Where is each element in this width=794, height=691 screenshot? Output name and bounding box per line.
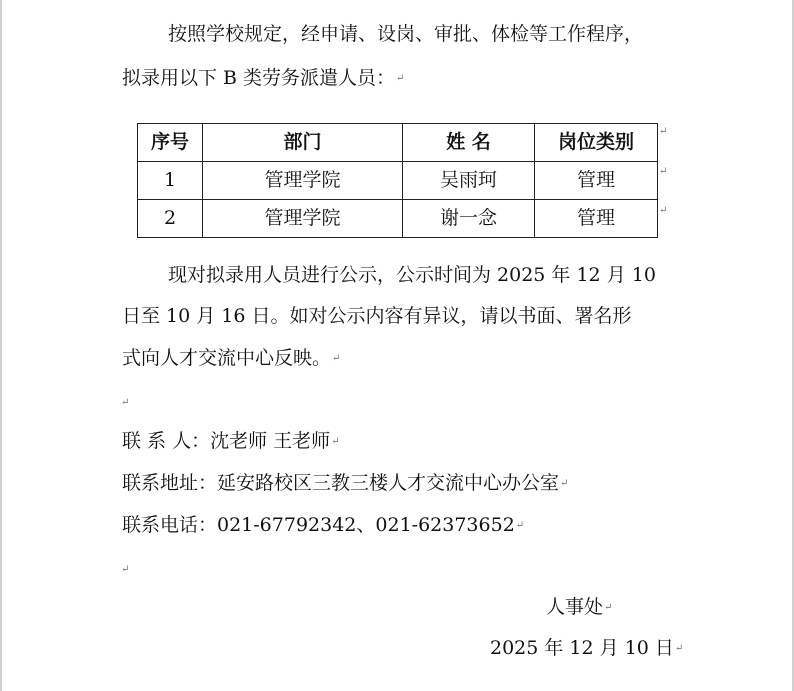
intro-line-1: 按照学校规定，经申请、设岗、审批、体检等工作程序，: [168, 22, 643, 46]
paragraph-mark-icon: ↵: [516, 520, 524, 531]
cell-no: 1: [138, 162, 203, 200]
cell-no: 2: [138, 200, 203, 238]
table-row: 1 管理学院 吴雨珂 管理: [138, 162, 658, 200]
paragraph-mark-icon: ↵: [121, 564, 129, 575]
notice-line-3: 式向人才交流中心反映。↵: [122, 346, 340, 371]
cell-dept: 管理学院: [203, 200, 403, 238]
contact-address: 联系地址：延安路校区三教三楼人才交流中心办公室↵: [122, 471, 568, 496]
paragraph-mark-icon: ↵: [675, 643, 683, 654]
notice-line-1: 现对拟录用人员进行公示，公示时间为 2025 年 12 月 10: [168, 263, 656, 287]
cell-name: 吴雨珂: [403, 162, 535, 200]
header-category: 岗位类别: [535, 124, 658, 162]
table-header-row: 序号 部门 姓 名 岗位类别: [138, 124, 658, 162]
paragraph-mark-icon: ↵: [560, 478, 568, 489]
signature-date: 2025 年 12 月 10 日↵: [490, 636, 683, 661]
row-end-mark-icon: ↵: [659, 126, 667, 137]
contact-person: 联 系 人：沈老师 王老师↵: [122, 429, 340, 454]
intro-line-2: 拟录用以下 B 类劳务派遣人员：↵: [122, 66, 404, 91]
header-name: 姓 名: [403, 124, 535, 162]
staff-table: 序号 部门 姓 名 岗位类别 1 管理学院 吴雨珂 管理 2 管理学院 谢一念 …: [137, 123, 658, 238]
paragraph-mark-icon: ↵: [121, 397, 129, 408]
empty-paragraph: ↵: [120, 557, 129, 582]
paragraph-mark-icon: ↵: [396, 73, 404, 84]
cell-category: 管理: [535, 162, 658, 200]
paragraph-mark-icon: ↵: [332, 353, 340, 364]
cell-category: 管理: [535, 200, 658, 238]
table-row: 2 管理学院 谢一念 管理: [138, 200, 658, 238]
cell-name: 谢一念: [403, 200, 535, 238]
paragraph-mark-icon: ↵: [331, 436, 339, 447]
header-dept: 部门: [203, 124, 403, 162]
empty-paragraph: ↵: [120, 390, 129, 415]
signature-department: 人事处↵: [546, 595, 612, 620]
row-end-mark-icon: ↵: [659, 166, 667, 177]
row-end-mark-icon: ↵: [659, 205, 667, 216]
header-no: 序号: [138, 124, 203, 162]
cell-dept: 管理学院: [203, 162, 403, 200]
notice-line-2: 日至 10 月 16 日。如对公示内容有异议，请以书面、署名形: [122, 304, 632, 328]
page-edge-left: [0, 0, 2, 691]
contact-phone: 联系电话：021-67792342、021-62373652↵: [122, 513, 524, 538]
paragraph-mark-icon: ↵: [604, 602, 612, 613]
